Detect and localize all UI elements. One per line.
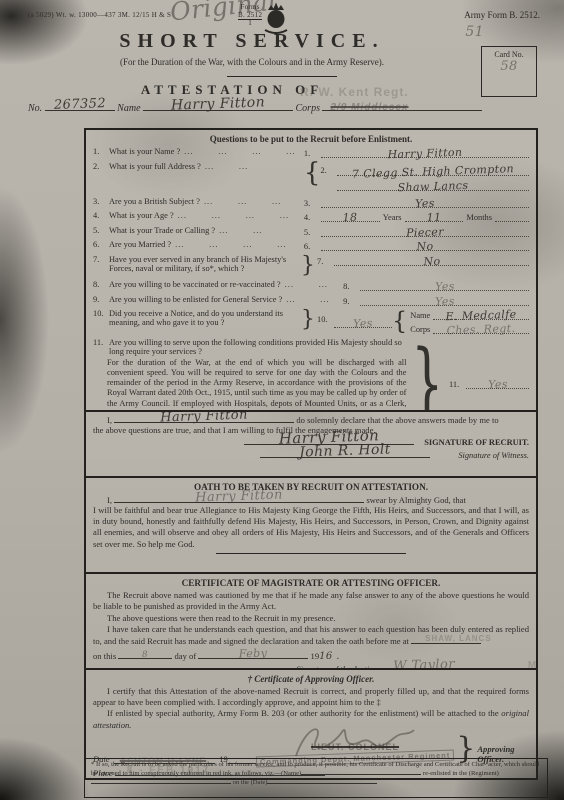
- a6-line: No: [321, 240, 529, 251]
- no-label: No.: [28, 103, 42, 114]
- a2-number: 2.: [320, 166, 337, 175]
- year-value: 16 .: [319, 651, 340, 662]
- month-blank: Feby: [198, 658, 308, 659]
- a10-name-line: E. Medcalfe: [433, 309, 529, 320]
- magistrate-p2: The above questions were then read to th…: [93, 613, 529, 623]
- footnote-regiment-blank: [91, 783, 231, 784]
- form-title: SHORT SERVICE.: [0, 30, 504, 53]
- a3-value: Yes: [415, 196, 435, 210]
- corps-value-struck: 2/9 Middlesex: [330, 102, 408, 113]
- q9-leaders: ... ...: [282, 295, 337, 304]
- kent-regt-stamp: R. W. Kent Regt.: [300, 85, 409, 99]
- declaration-name-blank: Harry Fitton: [114, 422, 294, 423]
- question-row-5: 5.What is your Trade or Calling ?... ...…: [93, 226, 529, 237]
- a10-corps-line: Ches. Regt.: [433, 323, 529, 334]
- q6-number: 6.: [93, 240, 109, 249]
- a1-value: Harry Fitton: [387, 146, 462, 162]
- a1-number: 1.: [304, 149, 321, 158]
- question-row-6: 6.Are you Married ?... ... ... ... 6.No: [93, 240, 529, 251]
- a5-line: Piecer: [321, 226, 529, 237]
- q5-number: 5.: [93, 226, 109, 235]
- questions-heading: Questions to be put to the Recruit befor…: [93, 134, 529, 144]
- card-no-box: Card No. 58: [481, 46, 537, 97]
- footnote-reenlisted-label: re-enlisted in the (Regiment): [423, 770, 499, 777]
- oath-name-blank: Harry Fitton: [114, 502, 364, 503]
- a2-line2: Shaw Lancs: [337, 176, 529, 191]
- a4-months-value: 11: [426, 211, 441, 225]
- q2-brace: {: [304, 160, 321, 186]
- q6-leaders: ... ... ... ...: [171, 240, 298, 249]
- a4-months-line: 11: [405, 211, 464, 222]
- q4-leaders: ... ... ... ...: [174, 211, 298, 220]
- questions-section: Questions to be put to the Recruit befor…: [86, 130, 536, 410]
- q8-number: 8.: [93, 280, 109, 289]
- month-value: Feby: [239, 646, 268, 660]
- oath-section: OATH TO BE TAKEN BY RECRUIT ON ATTESTATI…: [86, 476, 536, 572]
- corps-label: Corps: [296, 103, 320, 114]
- a10-name-value: E. Medcalfe: [445, 308, 516, 323]
- day-value: 8: [142, 650, 148, 660]
- header-divider: [227, 76, 337, 77]
- declaration-text-1: do solemnly declare that the above answe…: [296, 415, 498, 425]
- recruit-name: Harry Fitton: [171, 94, 266, 113]
- q3-leaders: ... ... ... ...: [200, 197, 298, 206]
- service-number: 267352: [53, 96, 106, 113]
- justice-signature: W Taylor: [393, 657, 455, 668]
- a11-value: Yes: [487, 378, 507, 392]
- q3-text: Are you a British Subject ?: [109, 197, 200, 206]
- a7-value: No: [423, 254, 441, 268]
- main-form-frame: Questions to be put to the Recruit befor…: [84, 128, 538, 780]
- q2-number: 2.: [93, 162, 109, 171]
- oath-name: Harry Fitton: [195, 487, 283, 505]
- footnote-name-blank: [301, 774, 421, 775]
- reenlistment-footnote-box: * If so, the Recruit is to be asked the …: [84, 758, 548, 798]
- a3-line: Yes: [321, 197, 529, 208]
- a9-value: Yes: [435, 294, 455, 308]
- forms-number: 1: [238, 20, 262, 28]
- army-form-number: Army Form B. 2512.: [464, 10, 540, 20]
- q1-text: What is your Name ?: [109, 147, 180, 156]
- years-label: Years: [380, 213, 405, 222]
- a3-number: 3.: [304, 199, 321, 208]
- a8-value: Yes: [435, 280, 455, 294]
- no-blank: 267352: [45, 110, 115, 111]
- q3-number: 3.: [93, 197, 109, 206]
- royal-crest-icon: [262, 0, 290, 34]
- a10-corps-value: Ches. Regt.: [447, 322, 516, 337]
- name-blank: Harry Fitton: [143, 110, 293, 111]
- major-stamp: MAJOR: [528, 660, 536, 668]
- q10-text: Did you receive a Notice, and do you und…: [109, 309, 301, 331]
- year-prefix: 19: [311, 651, 320, 661]
- approving-p2a: If enlisted by special authority, Army F…: [107, 708, 499, 718]
- question-row-8: 8.Are you willing to be vaccinated or re…: [93, 280, 529, 291]
- q11-number: 11.: [93, 338, 109, 356]
- q2-text: What is your full Address ?: [109, 162, 201, 171]
- question-row-9: 9.Are you willing to be enlisted for Gen…: [93, 295, 529, 306]
- oath-place-blank: SHAW, LANCS: [411, 643, 481, 644]
- corps-blank: 2/9 Middlesex: [322, 110, 482, 111]
- q11-brace: }: [412, 338, 444, 411]
- q9-text: Are you willing to be enlisted for Gener…: [109, 295, 282, 304]
- magistrate-p1: The Recruit above named was cautioned by…: [93, 590, 529, 612]
- oath-lead: swear by Almighty God, that: [366, 495, 466, 505]
- a10-number: 10.: [317, 315, 334, 324]
- a7-number: 7.: [317, 257, 334, 266]
- q9-number: 9.: [93, 295, 109, 304]
- day-of-label: day of: [174, 651, 196, 661]
- a10-value: Yes: [353, 317, 373, 331]
- approving-heading: † Certificate of Approving Officer.: [93, 674, 529, 684]
- footnote-on-date-label: on the (Date): [233, 779, 268, 786]
- forms-fraction: Forms B. 2512 1: [238, 4, 262, 28]
- approving-p1: I certify that this Attestation of the a…: [93, 686, 529, 708]
- day-blank: 8: [118, 658, 172, 659]
- q10-number: 10.: [93, 309, 109, 331]
- a2-value2: Shaw Lancs: [398, 178, 469, 193]
- witness-signature-blank: John R. Holt: [260, 457, 430, 458]
- q5-leaders: ... ...: [215, 226, 298, 235]
- a4-tail-line: [495, 211, 529, 222]
- shaw-lancs-stamp: SHAW, LANCS: [411, 634, 492, 644]
- a11-line: Yes: [466, 378, 529, 389]
- a6-value: No: [416, 240, 434, 254]
- a4-years-line: 18: [321, 211, 380, 222]
- oath-end-rule: [216, 553, 406, 554]
- question-row-7: 7.Have you ever served in any branch of …: [93, 255, 529, 277]
- q11-text: Are you willing to serve upon the follow…: [109, 338, 406, 356]
- name-label: Name: [117, 103, 140, 114]
- a8-line: Yes: [360, 280, 529, 291]
- on-this-label: on this: [93, 651, 116, 661]
- a2-line1: 7 Clegg St. High Crompton: [337, 162, 529, 176]
- q5-text: What is your Trade or Calling ?: [109, 226, 215, 235]
- attestation-line: No. 267352 Name Harry Fitton Corps 2/9 M…: [28, 103, 482, 114]
- a7-line: No: [334, 255, 529, 266]
- q6-text: Are you Married ?: [109, 240, 171, 249]
- declaration-i-label: I,: [107, 415, 112, 425]
- q4-text: What is your Age ?: [109, 211, 174, 220]
- form-subtitle: (For the Duration of the War, with the C…: [0, 57, 504, 67]
- a10-line: Yes: [334, 317, 392, 328]
- a5-number: 5.: [304, 228, 321, 237]
- a1-line: Harry Fitton: [321, 147, 529, 158]
- q4-number: 4.: [93, 211, 109, 220]
- a10-brace: {: [392, 309, 407, 333]
- q7-number: 7.: [93, 255, 109, 277]
- printer-code: (a 5029) Wt. w. 13000—437 3M. 12/15 H & …: [28, 11, 171, 19]
- magistrate-p3: I have taken care that he understands ea…: [93, 624, 529, 646]
- footnote-date-blank: [267, 783, 377, 784]
- question-row-10: 10.Did you receive a Notice, and do you …: [93, 309, 529, 334]
- witness-signature-label: Signature of Witness.: [458, 451, 529, 460]
- recruit-signature-label: SIGNATURE OF RECRUIT.: [424, 438, 529, 447]
- a10-name-label: Name: [407, 311, 433, 320]
- a11-number: 11.: [449, 380, 466, 389]
- months-label: Months: [463, 213, 495, 222]
- question-row-2: 2.What is your full Address ?... ... { 2…: [93, 162, 529, 191]
- attestation-form-page: { "glyphs": { "brace_close": "}", "brace…: [0, 0, 564, 800]
- declaration-section: I, Harry Fitton do solemnly declare that…: [86, 410, 536, 476]
- q8-leaders: ... ...: [281, 280, 338, 289]
- magistrate-heading: CERTIFICATE OF MAGISTRATE OR ATTESTING O…: [93, 578, 529, 588]
- oath-heading: OATH TO BE TAKEN BY RECRUIT ON ATTESTATI…: [93, 482, 529, 492]
- a4-number: 4.: [304, 213, 321, 222]
- q2-leaders: ... ...: [201, 162, 298, 171]
- a6-number: 6.: [304, 242, 321, 251]
- a5-value: Piecer: [406, 225, 444, 239]
- oath-i-label: I,: [107, 495, 112, 505]
- witness-signature: John R. Holt: [299, 441, 391, 460]
- a4-years-value: 18: [343, 211, 358, 225]
- question-row-11: 11.Are you willing to serve upon the fol…: [93, 338, 529, 411]
- magistrate-section: CERTIFICATE OF MAGISTRATE OR ATTESTING O…: [86, 572, 536, 668]
- q1-number: 1.: [93, 147, 109, 156]
- q7-text: Have you ever served in any branch of Hi…: [109, 255, 301, 277]
- q8-text: Are you willing to be vaccinated or re-v…: [109, 280, 281, 289]
- q1-leaders: ... ... ... ...: [180, 147, 298, 156]
- oath-text: I will be faithful and bear true Allegia…: [93, 505, 529, 550]
- footnote-line-1: * If so, the Recruit is to be asked the …: [91, 761, 486, 768]
- a9-line: Yes: [360, 295, 529, 306]
- question-row-4: 4.What is your Age ?... ... ... ... 4. 1…: [93, 211, 529, 222]
- a9-number: 9.: [343, 297, 360, 306]
- declaration-name: Harry Fitton: [160, 410, 248, 426]
- question-row-1: 1.What is your Name ?... ... ... ... 1.H…: [93, 147, 529, 158]
- q11-conditions-paragraph: For the duration of the War, at the end …: [107, 358, 406, 410]
- question-row-3: 3.Are you a British Subject ?... ... ...…: [93, 197, 529, 208]
- form-header: Original (a 5029) Wt. w. 13000—437 3M. 1…: [0, 0, 564, 128]
- a8-number: 8.: [343, 282, 360, 291]
